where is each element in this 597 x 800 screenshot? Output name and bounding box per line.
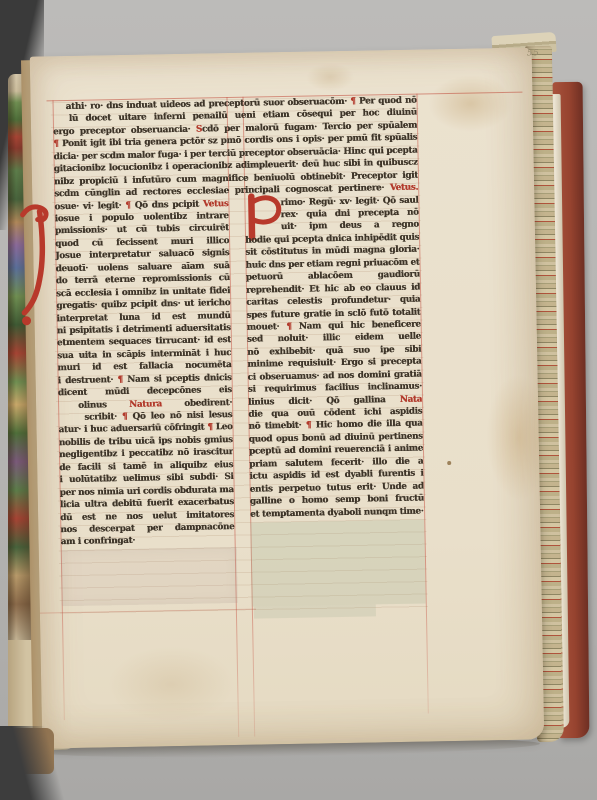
show-through-tint-right xyxy=(250,520,426,607)
manuscript-photo: 55 athi· ro· dns induat uideos xyxy=(0,0,597,800)
body-text: olinus xyxy=(78,399,129,410)
folio-number: 55 xyxy=(510,48,540,59)
top-text-block: athi· ro· dns induat uideos ad preceptor… xyxy=(53,95,419,201)
show-through-tint-right-lower xyxy=(254,604,376,618)
initial-J-rubricated xyxy=(17,202,55,329)
right-text-column: rimo· Regū· xv· legit· Qō saulrex· quia … xyxy=(244,194,424,521)
rubric-text: ¶ xyxy=(53,139,62,149)
body-text: am i confringat· xyxy=(61,536,136,547)
rubric-text: Vetus xyxy=(203,199,229,209)
background-shadow-bottom-left xyxy=(0,726,70,800)
body-text: et temptamenta dyaboli nunqm time· xyxy=(250,506,423,519)
show-through-tint-left xyxy=(61,547,238,606)
rubric-text: Nata xyxy=(400,394,422,404)
main-page: 55 athi· ro· dns induat uideos xyxy=(30,47,545,748)
body-text: nō timebit· xyxy=(248,421,306,432)
body-text: rimo· Regū· xv· legit· Qō saul xyxy=(280,195,418,208)
body-text: osue· vi· legit· xyxy=(54,201,125,212)
body-text: mouet· xyxy=(247,322,287,333)
ink-speck xyxy=(447,461,451,465)
body-text: i destruent· xyxy=(58,375,118,386)
rubric-text: Vetus. xyxy=(390,183,418,194)
body-text: obedirent· xyxy=(162,398,232,409)
body-text: atur· i huc aduersariū cōfringit xyxy=(58,423,207,436)
rubric-text: Natura xyxy=(129,399,162,410)
body-text: Leo xyxy=(213,422,233,432)
left-text-column: osue· vi· legit· ¶ Qō dns pcipit Vetusio… xyxy=(54,198,234,549)
body-text: ergo preceptor obseruancia· xyxy=(53,125,196,138)
body-text: scribit· xyxy=(84,412,122,423)
body-text: si requirimus facilius inclinamus· xyxy=(248,382,422,395)
body-text: Qō dns pcipit xyxy=(131,199,203,210)
